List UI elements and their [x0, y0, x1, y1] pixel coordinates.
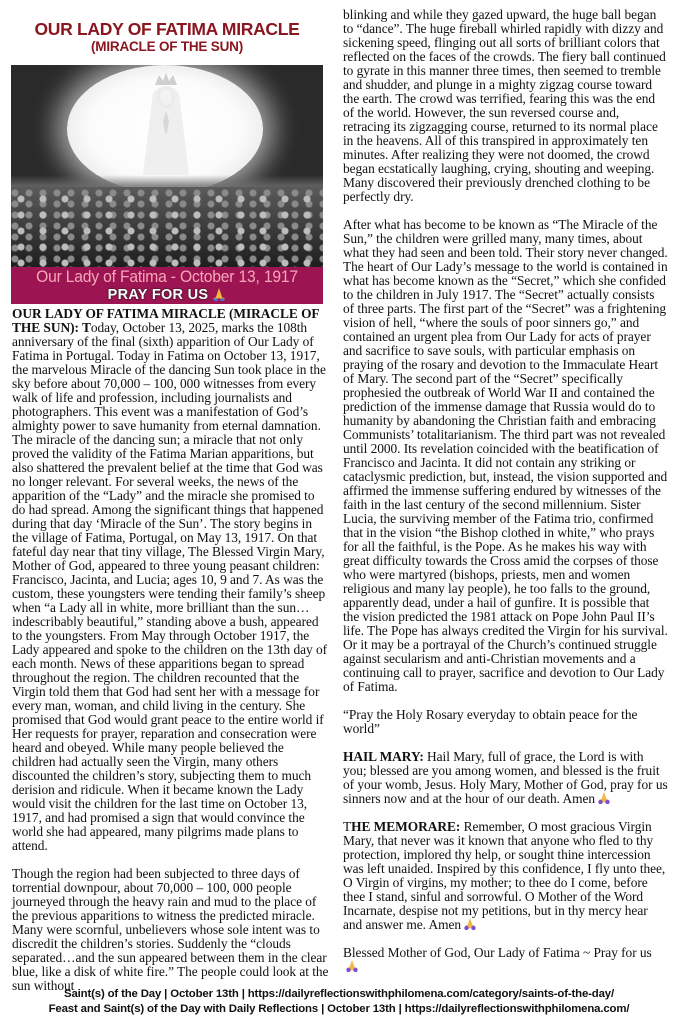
poster-subtitle: (MIRACLE OF THE SUN) [11, 39, 323, 55]
memorare-label: HE MEMORARE: [351, 819, 460, 834]
praying-hands-icon [212, 288, 226, 301]
banner-date-line: Our Lady of Fatima - October 13, 1917 [23, 267, 310, 287]
memorare-drop-letter: T [343, 819, 351, 834]
memorare-prayer: THE MEMORARE: Remember, O most gracious … [343, 820, 668, 932]
left-column: OUR LADY OF FATIMA MIRACLE (MIRACLE OF T… [12, 12, 330, 993]
praying-hands-icon [345, 960, 359, 972]
miracle-paragraph-start: Though the region had been subjected to … [12, 867, 330, 993]
secret-paragraph: After what has become to be known as “Th… [343, 218, 668, 694]
miracle-paragraph-continued: blinking and while they gazed upward, th… [343, 8, 668, 204]
closing-invocation: Blessed Mother of God, Our Lady of Fatim… [343, 946, 668, 974]
poster-header: OUR LADY OF FATIMA MIRACLE (MIRACLE OF T… [11, 12, 323, 62]
page-footer: Saint(s) of the Day | October 13th | htt… [0, 987, 678, 1017]
document-page: OUR LADY OF FATIMA MIRACLE (MIRACLE OF T… [0, 0, 678, 1024]
crowd-of-pilgrims [11, 187, 323, 267]
article-body-right: blinking and while they gazed upward, th… [343, 8, 668, 974]
banner-pray-line: PRAY FOR US [11, 287, 323, 303]
praying-hands-icon [463, 918, 477, 930]
closing-text: Blessed Mother of God, Our Lady of Fatim… [343, 945, 652, 960]
hail-mary-label: HAIL MARY: [343, 749, 424, 764]
intro-text: oday, October 13, 2025, marks the 108th … [12, 320, 327, 853]
fatima-poster-image: OUR LADY OF FATIMA MIRACLE (MIRACLE OF T… [11, 12, 323, 303]
poster-banner: Our Lady of Fatima - October 13, 1917 PR… [11, 267, 323, 304]
poster-title: OUR LADY OF FATIMA MIRACLE [11, 20, 323, 39]
hail-mary-prayer: HAIL MARY: Hail Mary, full of grace, the… [343, 750, 668, 806]
pray-for-us-text: PRAY FOR US [108, 287, 209, 303]
drop-letter: T [82, 320, 91, 335]
right-column: blinking and while they gazed upward, th… [343, 8, 668, 974]
article-body-left: OUR LADY OF FATIMA MIRACLE (MIRACLE OF T… [12, 307, 330, 993]
praying-hands-icon [597, 792, 611, 804]
footer-feast-link-line: Feast and Saint(s) of the Day with Daily… [0, 1002, 678, 1017]
footer-saints-link-line: Saint(s) of the Day | October 13th | htt… [0, 987, 678, 1002]
memorare-text: Remember, O most gracious Virgin Mary, t… [343, 819, 665, 932]
intro-paragraph: OUR LADY OF FATIMA MIRACLE (MIRACLE OF T… [12, 307, 330, 853]
virgin-mary-figure [135, 71, 197, 179]
rosary-quote: “Pray the Holy Rosary everyday to obtain… [343, 708, 668, 736]
miracle-of-sun-photo [11, 65, 323, 267]
